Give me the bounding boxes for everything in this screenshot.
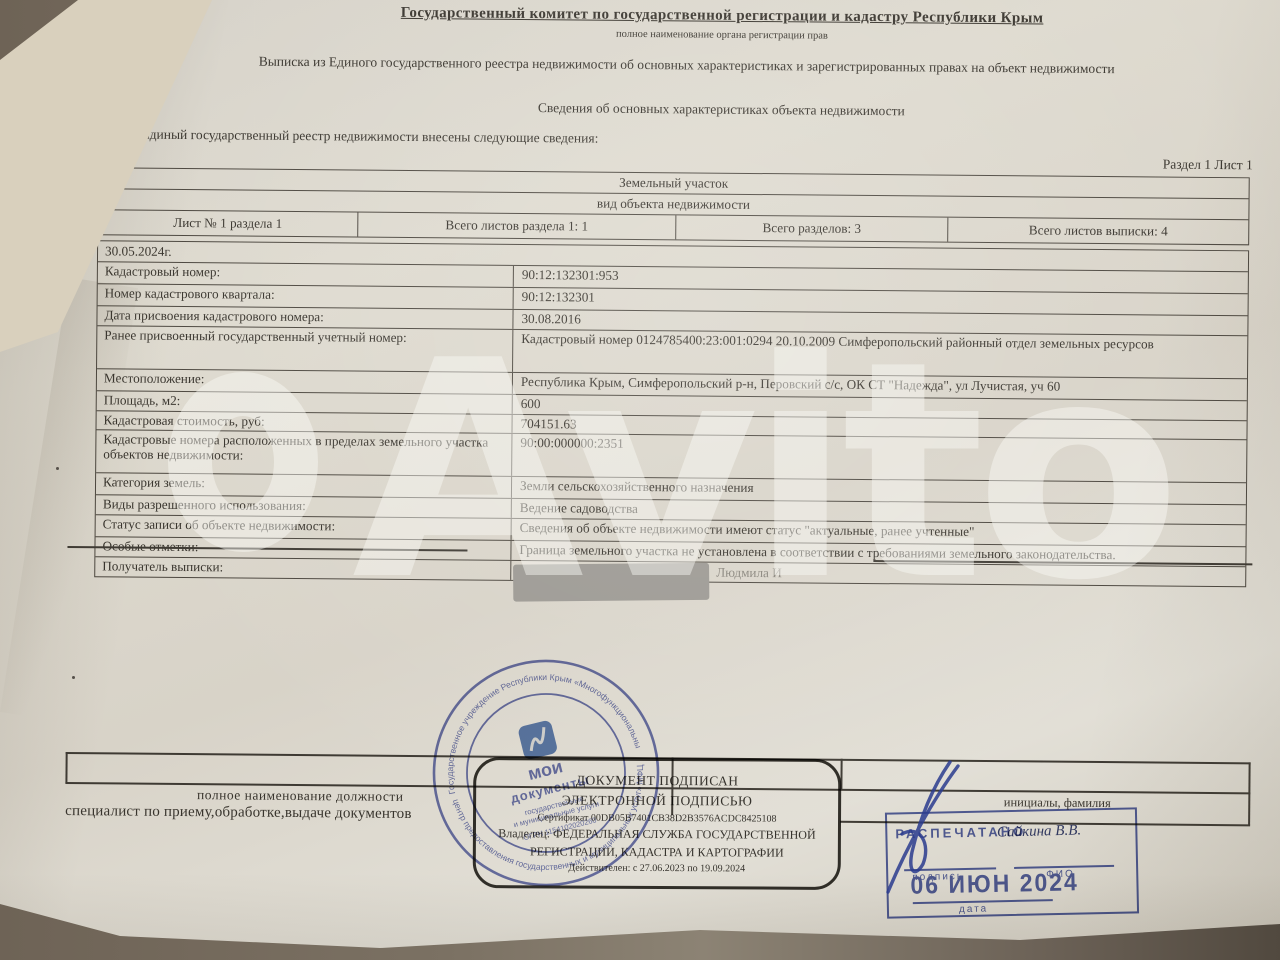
signature-table-border [65, 752, 67, 783]
row-label: Местоположение: [97, 369, 513, 394]
sheet-info-cell: Всего разделов: 3 [676, 215, 948, 241]
row-label: Кадастровый номер: [98, 262, 514, 287]
esign-owner-line1: Владелец: ФЕДЕРАЛЬНАЯ СЛУЖБА ГОСУДАРСТВЕ… [498, 826, 815, 843]
intro-line: В Единый государственный реестр недвижим… [129, 127, 598, 147]
sheet-info-cell: Всего листов выписки: 4 [948, 217, 1248, 243]
partially-visible-name: Людмила И [716, 566, 782, 581]
row-value: 90:00:000000:2351 [512, 434, 1246, 482]
watermark-circle [168, 372, 318, 552]
position-value: специалист по приему,обработке,выдаче до… [65, 803, 412, 823]
redaction-box [513, 563, 709, 602]
position-label: полное наименование должности [145, 787, 455, 806]
row-label: Получатель выписки: [95, 557, 511, 580]
object-type-table: Земельный участок вид объекта недвижимос… [97, 167, 1250, 245]
esign-certificate: Сертификат 00DB05B7401CB38D2B3576ACDC842… [537, 812, 776, 824]
esign-line1: ДОКУМЕНТ ПОДПИСАН [576, 773, 739, 790]
esign-owner-line2: РЕГИСТРАЦИИ, КАДАСТРА И КАРТОГРАФИИ [530, 844, 784, 860]
esign-validity: Действителен: с 27.06.2023 по 19.09.2024 [568, 863, 745, 875]
section-page-number: Раздел 1 Лист 1 [1031, 155, 1253, 173]
row-label: Дата присвоения кадастрового номера: [97, 306, 513, 328]
mfc-logo-icon [517, 719, 558, 760]
document-page: Государственный комитет по государственн… [0, 0, 1280, 960]
sheet-info-cell: Всего листов раздела 1: 1 [358, 212, 676, 239]
org-title: Государственный комитет по государственн… [222, 3, 1222, 29]
esign-line2: ЭЛЕКТРОННОЙ ПОДПИСЬЮ [562, 793, 753, 810]
document-title: Выписка из Единого государственного реес… [142, 53, 1232, 79]
row-label: Ранее присвоенный государственный учетны… [97, 326, 513, 372]
photographed-document-scene: Государственный комитет по государственн… [0, 0, 1280, 960]
signature-table-border [1248, 762, 1250, 825]
row-value: Кадастровый номер 0124785400:23:001:0294… [513, 330, 1247, 378]
section-title: Сведения об основных характеристиках объ… [221, 97, 1221, 122]
org-subtitle: полное наименование органа регистрации п… [222, 25, 1222, 45]
handwritten-signature [858, 756, 988, 906]
row-label: Номер кадастрового квартала: [98, 284, 514, 309]
row-label: Статус записи об объекте недвижимости: [96, 515, 512, 540]
esign-stamp: ДОКУМЕНТ ПОДПИСАН ЭЛЕКТРОННОЙ ПОДПИСЬЮ С… [473, 757, 842, 890]
sheet-info-cell: Лист № 1 раздела 1 [98, 210, 358, 236]
